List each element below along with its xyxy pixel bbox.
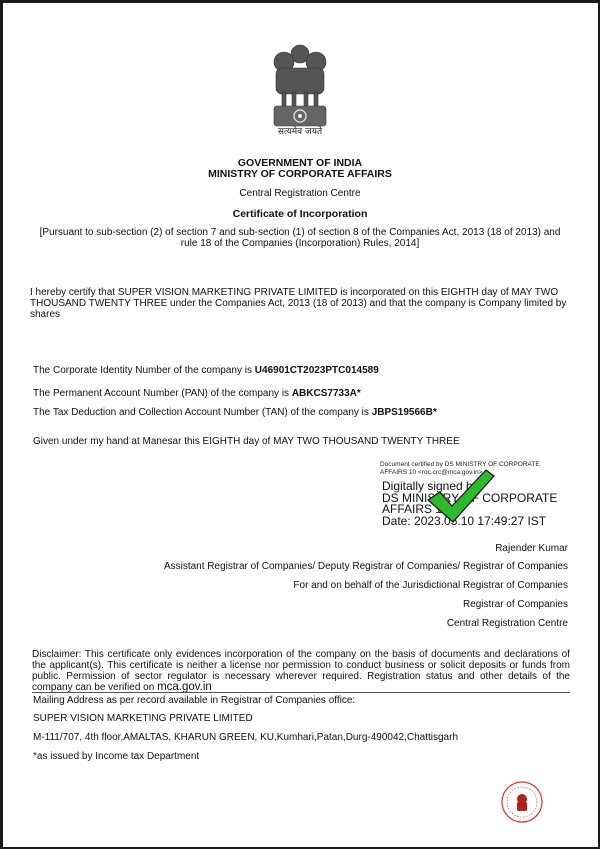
footnote: *as issued by Income tax Department [33,751,199,762]
disclaimer-body: Disclaimer: This certificate only eviden… [32,649,570,693]
mailing-label: Mailing Address as per record available … [33,695,355,706]
signatory-office: Registrar of Companies [463,599,568,610]
motto-text: सत्यमेव जयते [250,124,350,137]
tan-value: JBPS19566B* [372,407,437,418]
signatory-designation: Assistant Registrar of Companies/ Deputy… [164,561,568,572]
disclaimer-text: Disclaimer: This certificate only eviden… [32,649,570,693]
mailing-company: SUPER VISION MARKETING PRIVATE LIMITED [33,713,253,724]
national-emblem-icon [262,40,338,132]
pan-line: The Permanent Account Number (PAN) of th… [33,388,361,399]
certification-text: I hereby certify that SUPER VISION MARKE… [30,287,570,320]
cin-line: The Corporate Identity Number of the com… [33,365,379,376]
signatory-on-behalf: For and on behalf of the Jurisdictional … [293,580,568,591]
cin-value: U46901CT2023PTC014589 [255,365,379,376]
government-heading: GOVERNMENT OF INDIA MINISTRY OF CORPORAT… [0,158,600,180]
centre-name: Central Registration Centre [0,188,600,199]
given-under-line: Given under my hand at Manesar this EIGH… [33,436,460,447]
tan-label: The Tax Deduction and Collection Account… [33,407,372,418]
divider [32,692,570,693]
signatory-centre: Central Registration Centre [447,618,568,629]
cin-label: The Corporate Identity Number of the com… [33,365,255,376]
green-checkmark-icon[interactable] [420,466,500,526]
mca-seal-icon [500,780,544,824]
certificate-title: Certificate of Incorporation [0,208,600,220]
mailing-address: M-111/707, 4th floor,AMALTAS, KHARUN GRE… [33,732,458,743]
ministry-title: MINISTRY OF CORPORATE AFFAIRS [0,169,600,180]
signatory-name: Rajender Kumar [495,543,568,554]
pursuant-text: [Pursuant to sub-section (2) of section … [30,227,570,249]
pan-label: The Permanent Account Number (PAN) of th… [33,388,292,399]
tan-line: The Tax Deduction and Collection Account… [33,407,437,418]
pan-value: ABKCS7733A* [292,388,361,399]
